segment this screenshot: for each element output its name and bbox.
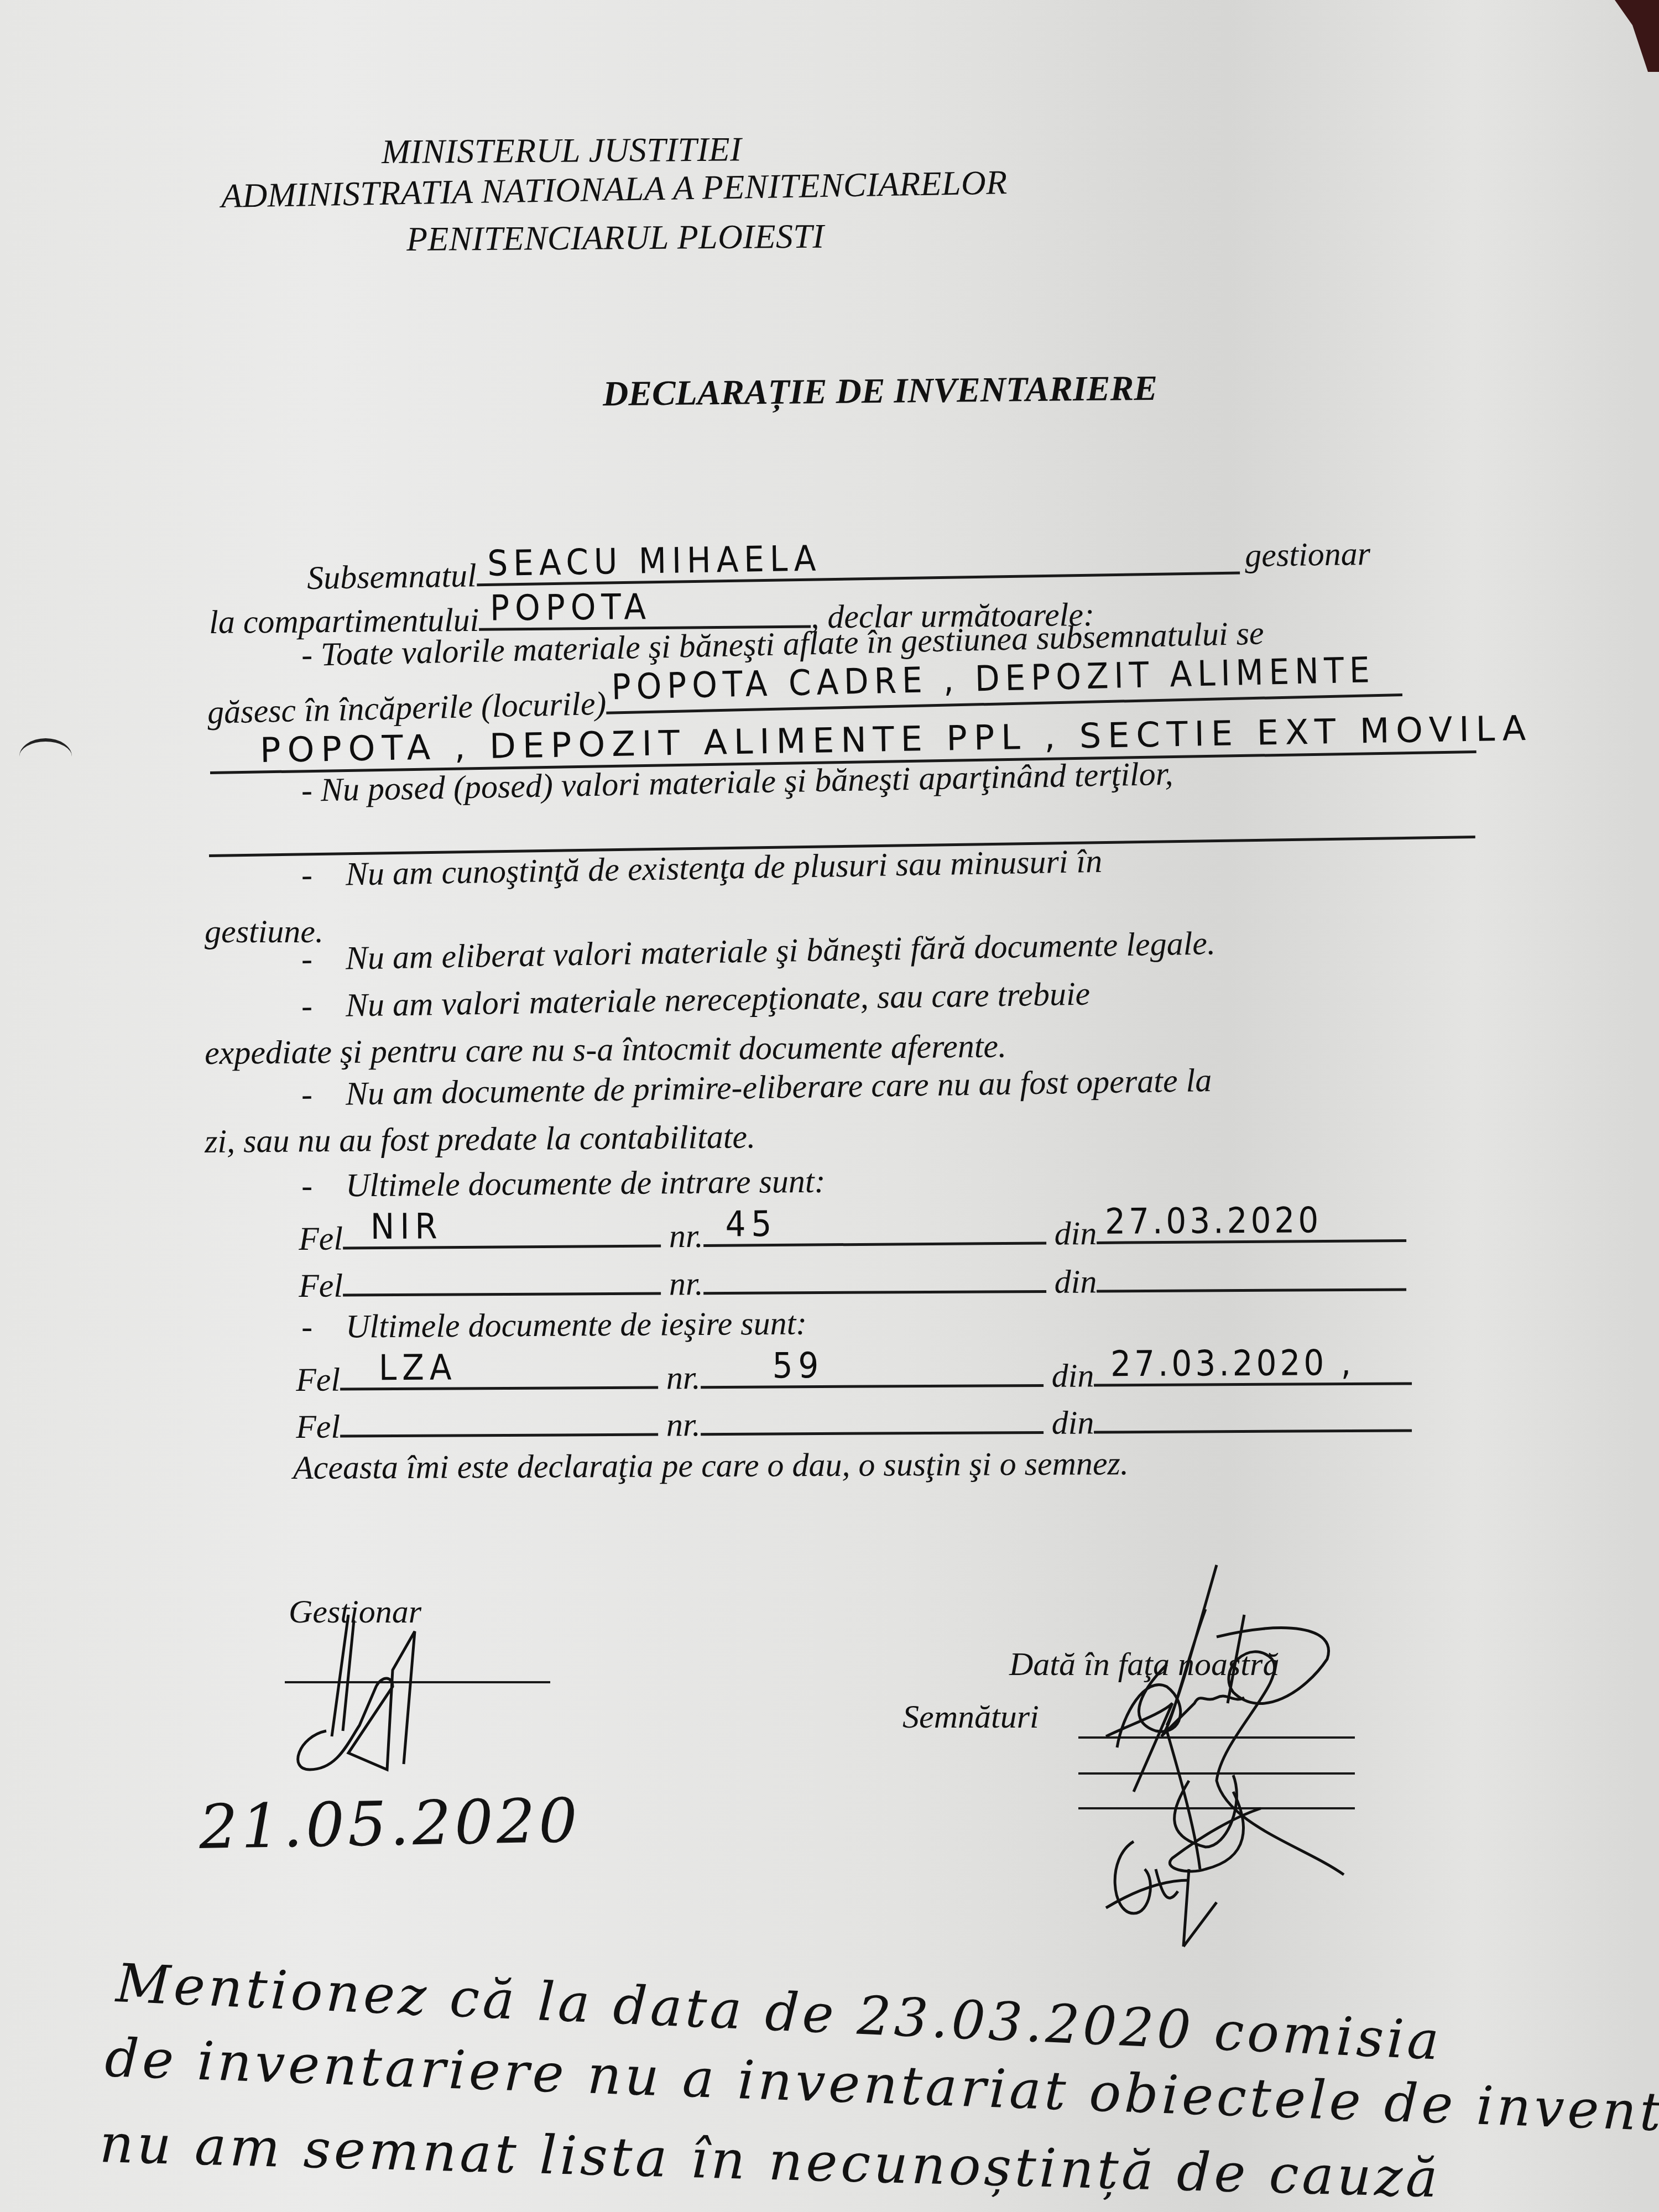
pen-mark [19,738,72,775]
subsemnatul-field[interactable]: SEACU MIHAELA [476,539,1240,587]
iesire-din-field[interactable]: 27.03.2020 , [1094,1349,1412,1386]
gestionar-signature [265,1604,509,1781]
iesire-nr-field-2[interactable] [700,1398,1043,1436]
intrare-row-1: FelNIR nr.45 din27.03.2020 [299,1206,1407,1258]
iesire-nr-field[interactable]: 59 [700,1351,1043,1389]
compartiment-value: POPOTA [490,586,652,629]
iesire-fel-field-2[interactable] [340,1400,658,1438]
locuri-label: găsesc în încăperile (locurile) [207,685,607,731]
commission-signatures [1051,1559,1548,1980]
locuri-field-1[interactable]: POPOTA CADRE , DEPOZIT ALIMENTE [606,660,1402,714]
iesire-row-1: FelLZA nr.59 din27.03.2020 , [296,1349,1412,1399]
iesire-fel-field[interactable]: LZA [340,1353,658,1391]
intrare-fel-value: NIR [371,1206,443,1248]
iesire-fel-value: LZA [379,1347,457,1389]
iesire-din-value: 27.03.2020 , [1110,1342,1354,1385]
header-institution: PENITENCIARUL PLOIESTI [406,217,825,259]
intrare-row-2: Fel nr. din [299,1255,1407,1305]
gestionar-label: gestionar [1245,535,1371,574]
intrare-nr-field[interactable]: 45 [703,1209,1046,1247]
intrare-fel-field[interactable]: NIR [343,1211,661,1249]
subsemnatul-label: Subsemnatul [307,557,477,596]
subsemnatul-value: SEACU MIHAELA [487,538,822,584]
header-ministry: MINISTERUL JUSTITIEI [382,130,742,172]
semnaturi-label: Semnături [902,1698,1039,1736]
document-title: DECLARAȚIE DE INVENTARIERE [603,368,1158,414]
intrare-heading-row: -Ultimele documente de intrare sunt: [301,1162,826,1205]
iesire-din-field-2[interactable] [1094,1396,1412,1433]
closing-statement: Aceasta îmi este declaraţia pe care o da… [293,1444,1129,1487]
intrare-din-field-2[interactable] [1097,1255,1406,1293]
intrare-din-field[interactable]: 27.03.2020 [1097,1206,1406,1244]
intrare-nr-value: 45 [725,1203,777,1245]
iesire-row-2: Fel nr. din [296,1396,1412,1446]
intrare-heading: Ultimele documente de intrare sunt: [346,1163,826,1204]
iesire-heading: Ultimele documente de ieşire sunt: [346,1305,807,1345]
nereceptionate-cont: expediate şi pentru care nu s-a întocmit… [205,1027,1007,1072]
intrare-nr-field-2[interactable] [703,1257,1046,1295]
intrare-din-value: 27.03.2020 [1105,1199,1322,1243]
primire-cont: zi, sau nu au fost predate la contabilit… [205,1118,756,1161]
gestionar-date: 21.05.2020 [199,1785,581,1863]
iesire-nr-value: 59 [772,1345,824,1386]
iesire-heading-row: -Ultimele documente de ieşire sunt: [301,1305,807,1346]
intrare-fel-field-2[interactable] [343,1259,661,1297]
